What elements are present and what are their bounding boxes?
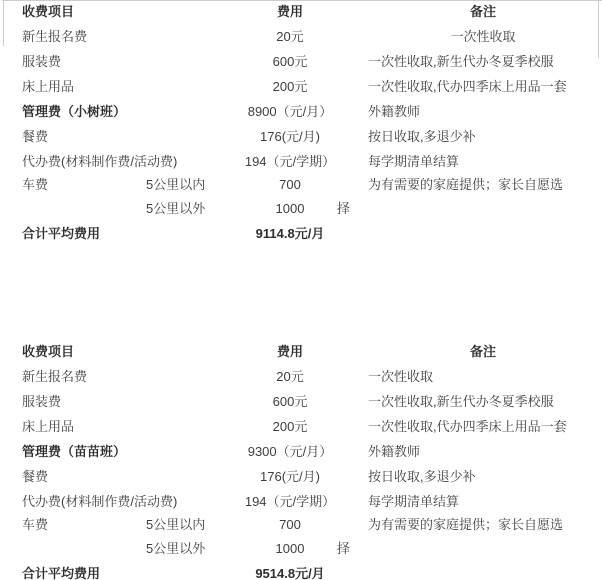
remark-text-wrapped: 择 bbox=[337, 541, 350, 557]
fee-value: 700 bbox=[225, 517, 355, 533]
remark-text: 每学期清单结算 bbox=[368, 154, 459, 170]
distance-label: 5公里以外 bbox=[146, 541, 205, 557]
remark-text: 为有需要的家庭提供；家长自愿选 bbox=[368, 177, 563, 193]
remark-text: 外籍教师 bbox=[368, 444, 420, 460]
fee-row: 餐费 176(元/月) 按日收取,多退少补 bbox=[0, 129, 602, 147]
item-label: 管理费（苗苗班） bbox=[22, 444, 126, 460]
remark-text: 一次性收取 bbox=[368, 29, 598, 45]
fee-value: 9300（元/月） bbox=[225, 444, 355, 460]
fee-value: 176(元/月) bbox=[225, 469, 355, 485]
fee-value: 600元 bbox=[225, 54, 355, 70]
remark-text: 一次性收取,代办四季床上用品一套 bbox=[368, 79, 567, 95]
fee-value: 200元 bbox=[225, 79, 355, 95]
column-header-fee: 费用 bbox=[225, 344, 355, 360]
fee-table-xiaoshu: 收费项目 费用 备注 新生报名费 20元 一次性收取 服装费 600元 一次性收… bbox=[0, 0, 602, 250]
bus-fee-row: 车费 5公里以内 700 为有需要的家庭提供；家长自愿选 bbox=[0, 177, 602, 195]
header-row: 收费项目 费用 备注 bbox=[0, 4, 602, 22]
distance-label: 5公里以外 bbox=[146, 201, 205, 217]
total-label: 合计平均费用 bbox=[22, 566, 100, 580]
item-label: 新生报名费 bbox=[22, 29, 87, 45]
distance-label: 5公里以内 bbox=[146, 177, 205, 193]
column-header-remark: 备注 bbox=[368, 344, 598, 360]
fee-row: 代办费(材料制作费/活动费) 194（元/学期） 每学期清单结算 bbox=[0, 154, 602, 172]
fee-value: 20元 bbox=[225, 369, 355, 385]
item-label: 餐费 bbox=[22, 469, 48, 485]
fee-table-miaomiao: 收费项目 费用 备注 新生报名费 20元 一次性收取 服装费 600元 一次性收… bbox=[0, 340, 602, 580]
remark-text: 一次性收取,新生代办冬夏季校服 bbox=[368, 54, 554, 70]
item-label: 代办费(材料制作费/活动费) bbox=[22, 154, 177, 170]
fee-row: 服装费 600元 一次性收取,新生代办冬夏季校服 bbox=[0, 394, 602, 412]
fee-row: 管理费（小树班） 8900（元/月） 外籍教师 bbox=[0, 104, 602, 122]
remark-text: 外籍教师 bbox=[368, 104, 420, 120]
total-value: 9114.8元/月 bbox=[225, 226, 355, 242]
remark-text-wrapped: 择 bbox=[337, 201, 350, 217]
distance-label: 5公里以内 bbox=[146, 517, 205, 533]
total-row: 合计平均费用 9514.8元/月 bbox=[0, 566, 602, 580]
column-header-remark: 备注 bbox=[368, 4, 598, 20]
fee-value: 200元 bbox=[225, 419, 355, 435]
column-header-fee: 费用 bbox=[225, 4, 355, 20]
remark-text: 一次性收取,代办四季床上用品一套 bbox=[368, 419, 567, 435]
bus-fee-row: 5公里以外 1000 择 bbox=[0, 541, 602, 559]
item-label: 新生报名费 bbox=[22, 369, 87, 385]
remark-text: 每学期清单结算 bbox=[368, 494, 459, 510]
item-label: 服装费 bbox=[22, 394, 61, 410]
fee-row: 代办费(材料制作费/活动费) 194（元/学期） 每学期清单结算 bbox=[0, 494, 602, 512]
fee-row: 服装费 600元 一次性收取,新生代办冬夏季校服 bbox=[0, 54, 602, 72]
column-header-item: 收费项目 bbox=[22, 4, 74, 20]
fee-value: 176(元/月) bbox=[225, 129, 355, 145]
remark-text: 为有需要的家庭提供；家长自愿选 bbox=[368, 517, 563, 533]
remark-text: 按日收取,多退少补 bbox=[368, 129, 476, 145]
item-label: 车费 bbox=[22, 517, 48, 533]
item-label: 代办费(材料制作费/活动费) bbox=[22, 494, 177, 510]
fee-row: 新生报名费 20元 一次性收取 bbox=[0, 29, 602, 47]
remark-text: 一次性收取 bbox=[368, 369, 433, 385]
fee-value: 20元 bbox=[225, 29, 355, 45]
fee-value: 600元 bbox=[225, 394, 355, 410]
bus-fee-row: 车费 5公里以内 700 为有需要的家庭提供；家长自愿选 bbox=[0, 517, 602, 535]
item-label: 车费 bbox=[22, 177, 48, 193]
remark-text: 一次性收取,新生代办冬夏季校服 bbox=[368, 394, 554, 410]
fee-value: 8900（元/月） bbox=[225, 104, 355, 120]
remark-text: 按日收取,多退少补 bbox=[368, 469, 476, 485]
total-value: 9514.8元/月 bbox=[225, 566, 355, 580]
fee-value: 1000 bbox=[225, 201, 355, 217]
fee-value: 1000 bbox=[225, 541, 355, 557]
header-row: 收费项目 费用 备注 bbox=[0, 344, 602, 362]
item-label: 床上用品 bbox=[22, 419, 74, 435]
fee-value: 194（元/学期） bbox=[225, 154, 355, 170]
item-label: 管理费（小树班） bbox=[22, 104, 126, 120]
fee-row: 管理费（苗苗班） 9300（元/月） 外籍教师 bbox=[0, 444, 602, 462]
total-label: 合计平均费用 bbox=[22, 226, 100, 242]
fee-row: 床上用品 200元 一次性收取,代办四季床上用品一套 bbox=[0, 79, 602, 97]
total-row: 合计平均费用 9114.8元/月 bbox=[0, 226, 602, 244]
fee-value: 194（元/学期） bbox=[225, 494, 355, 510]
item-label: 服装费 bbox=[22, 54, 61, 70]
bus-fee-row: 5公里以外 1000 择 bbox=[0, 201, 602, 219]
fee-value: 700 bbox=[225, 177, 355, 193]
item-label: 餐费 bbox=[22, 129, 48, 145]
column-header-item: 收费项目 bbox=[22, 344, 74, 360]
item-label: 床上用品 bbox=[22, 79, 74, 95]
fee-row: 餐费 176(元/月) 按日收取,多退少补 bbox=[0, 469, 602, 487]
fee-row: 床上用品 200元 一次性收取,代办四季床上用品一套 bbox=[0, 419, 602, 437]
fee-row: 新生报名费 20元 一次性收取 bbox=[0, 369, 602, 387]
